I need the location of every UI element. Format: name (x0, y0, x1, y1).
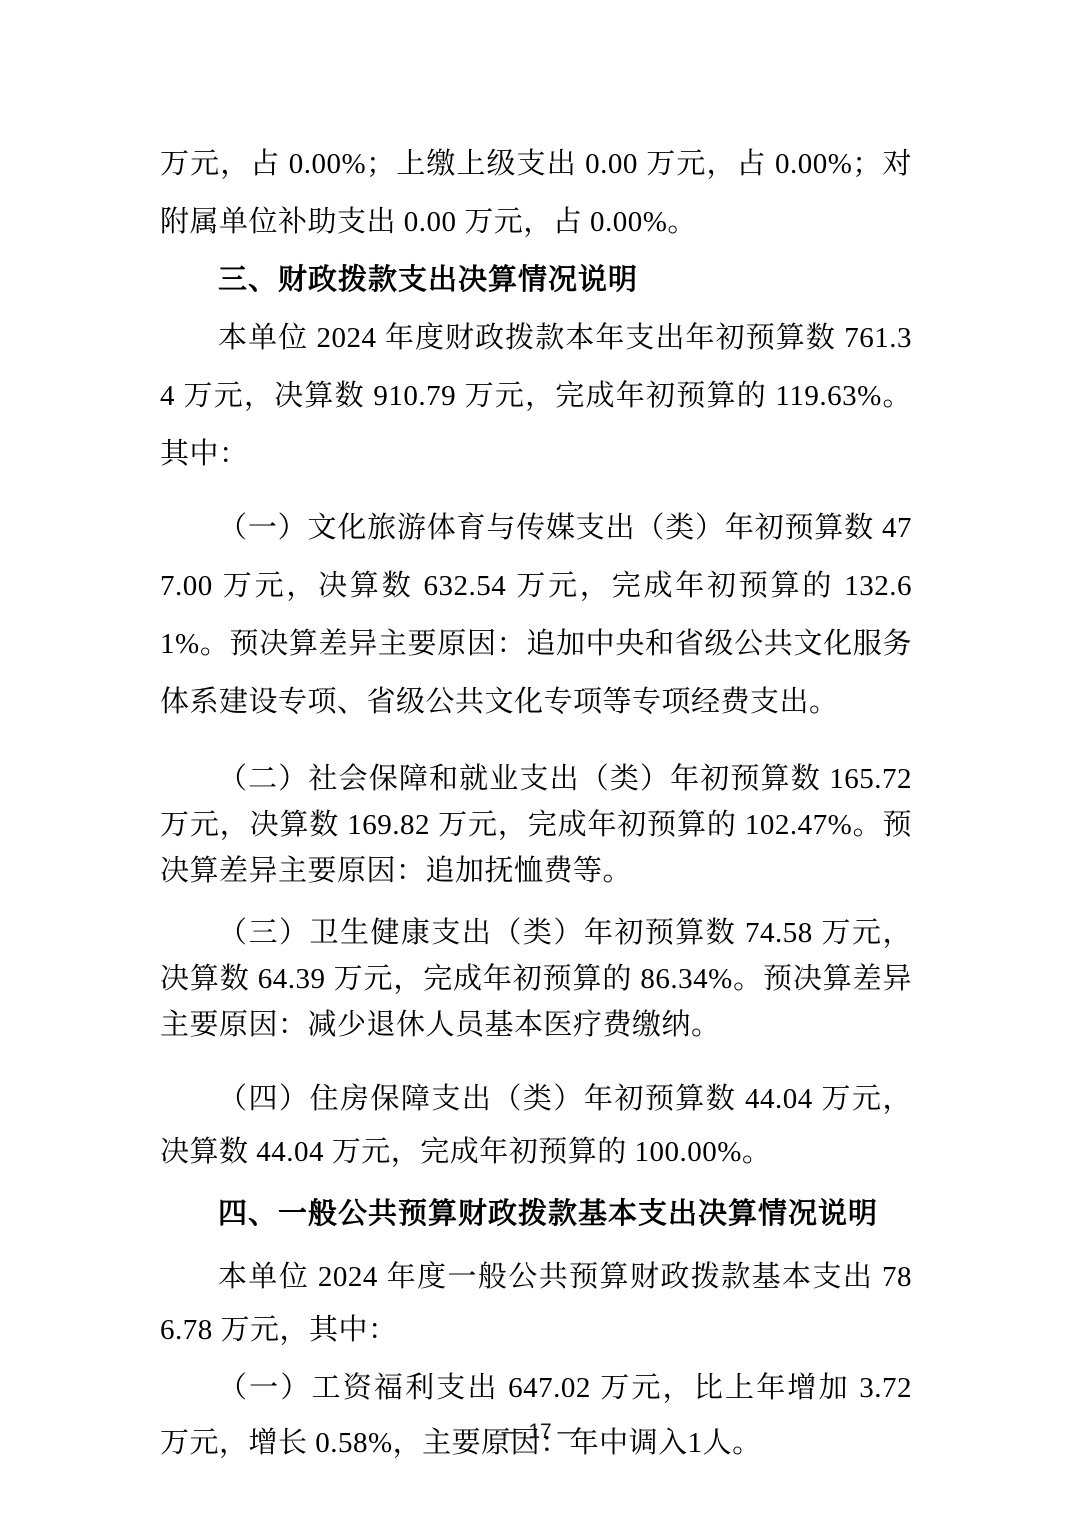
section3-heading: 三、财政拨款支出决算情况说明 (160, 251, 912, 309)
page-number: — 17 — (0, 1419, 1080, 1445)
document-body: 万元，占 0.00%；上缴上级支出 0.00 万元，占 0.00%；对附属单位补… (160, 135, 912, 1471)
section3-item-1: （一）文化旅游体育与传媒支出（类）年初预算数 477.00 万元，决算数 632… (160, 499, 912, 731)
document-page: 万元，占 0.00%；上缴上级支出 0.00 万元，占 0.00%；对附属单位补… (0, 0, 1080, 1527)
section3-intro: 本单位 2024 年度财政拨款本年支出年初预算数 761.34 万元，决算数 9… (160, 309, 912, 483)
section4-item-1: （一）工资福利支出 647.02 万元，比上年增加 3.72 万元，增长 0.5… (160, 1361, 912, 1471)
section3-item-4: （四）住房保障支出（类）年初预算数 44.04 万元，决算数 44.04 万元，… (160, 1073, 912, 1179)
section3-item-2: （二）社会保障和就业支出（类）年初预算数 165.72 万元，决算数 169.8… (160, 756, 912, 894)
paragraph-continuation: 万元，占 0.00%；上缴上级支出 0.00 万元，占 0.00%；对附属单位补… (160, 135, 912, 251)
section4-heading: 四、一般公共预算财政拨款基本支出决算情况说明 (160, 1185, 912, 1243)
section3-item-3: （三）卫生健康支出（类）年初预算数 74.58 万元，决算数 64.39 万元，… (160, 910, 912, 1048)
section4-intro: 本单位 2024 年度一般公共预算财政拨款基本支出 786.78 万元，其中： (160, 1251, 912, 1357)
